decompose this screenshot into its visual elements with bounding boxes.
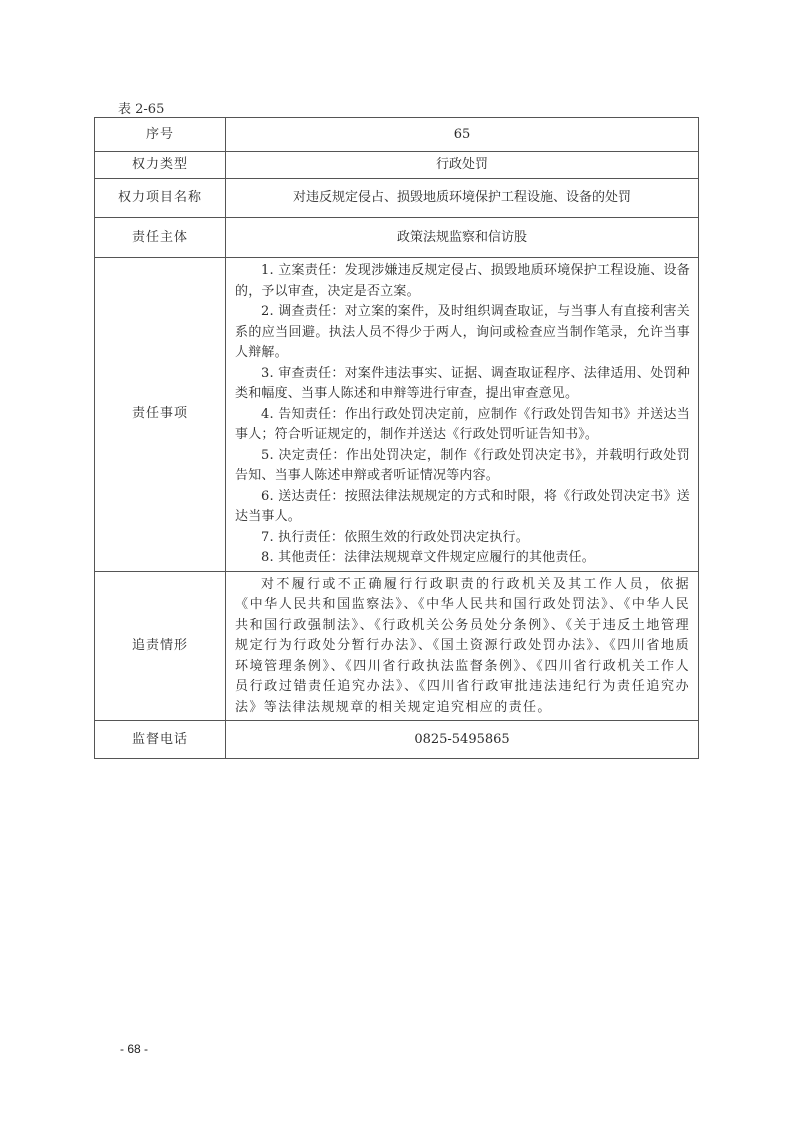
table-row-responsible-body: 责任主体 政策法规监察和信访股 [95, 218, 699, 258]
page-number: - 68 - [120, 1042, 148, 1056]
responsibility-item: 6. 送达责任：按照法律法规规定的方式和时限，将《行政处罚决定书》送达当事人。 [235, 487, 690, 528]
responsibility-item: 1. 立案责任：发现涉嫌违反规定侵占、损毁地质环境保护工程设施、设备的，予以审查… [235, 261, 690, 302]
table-row-item-name: 权力项目名称 对违反规定侵占、损毁地质环境保护工程设施、设备的处罚 [95, 179, 699, 218]
responsibility-item: 7. 执行责任：依照生效的行政处罚决定执行。 [235, 528, 690, 549]
power-item-table: 序号 65 权力类型 行政处罚 权力项目名称 对违反规定侵占、损毁地质环境保护工… [94, 117, 699, 759]
row-label: 序号 [95, 118, 226, 152]
table-row-responsibilities: 责任事项 1. 立案责任：发现涉嫌违反规定侵占、损毁地质环境保护工程设施、设备的… [95, 258, 699, 572]
table-row-phone: 监督电话 0825-5495865 [95, 721, 699, 759]
table-row-accountability: 追责情形 对不履行或不正确履行行政职责的行政机关及其工作人员，依据《中华人民共和… [95, 571, 699, 721]
row-value: 政策法规监察和信访股 [226, 218, 699, 258]
table-row-serial: 序号 65 [95, 118, 699, 152]
responsibility-item: 8. 其他责任：法律法规规章文件规定应履行的其他责任。 [235, 548, 690, 569]
row-label: 追责情形 [95, 571, 226, 721]
row-value: 行政处罚 [226, 152, 699, 179]
row-label: 权力项目名称 [95, 179, 226, 218]
row-label: 责任主体 [95, 218, 226, 258]
responsibility-item: 4. 告知责任：作出行政处罚决定前，应制作《行政处罚告知书》并送达当事人；符合听… [235, 405, 690, 446]
responsibility-item: 5. 决定责任：作出处罚决定，制作《行政处罚决定书》，并载明行政处罚告知、当事人… [235, 446, 690, 487]
row-label: 权力类型 [95, 152, 226, 179]
table-row-power-type: 权力类型 行政处罚 [95, 152, 699, 179]
row-label: 责任事项 [95, 258, 226, 572]
accountability-text-cell: 对不履行或不正确履行行政职责的行政机关及其工作人员，依据《中华人民共和国监察法》… [226, 571, 699, 721]
responsibility-item: 3. 审查责任：对案件违法事实、证据、调查取证程序、法律适用、处罚种类和幅度、当… [235, 364, 690, 405]
row-value: 对违反规定侵占、损毁地质环境保护工程设施、设备的处罚 [226, 179, 699, 218]
responsibility-item: 2. 调查责任：对立案的案件，及时组织调查取证，与当事人有直接利害关系的应当回避… [235, 302, 690, 364]
phone-number: 0825-5495865 [226, 721, 699, 759]
accountability-text: 对不履行或不正确履行行政职责的行政机关及其工作人员，依据《中华人民共和国监察法》… [235, 575, 690, 719]
row-value: 65 [226, 118, 699, 152]
table-caption: 表 2-65 [118, 98, 164, 117]
responsibilities-list: 1. 立案责任：发现涉嫌违反规定侵占、损毁地质环境保护工程设施、设备的，予以审查… [226, 258, 699, 572]
row-label: 监督电话 [95, 721, 226, 759]
